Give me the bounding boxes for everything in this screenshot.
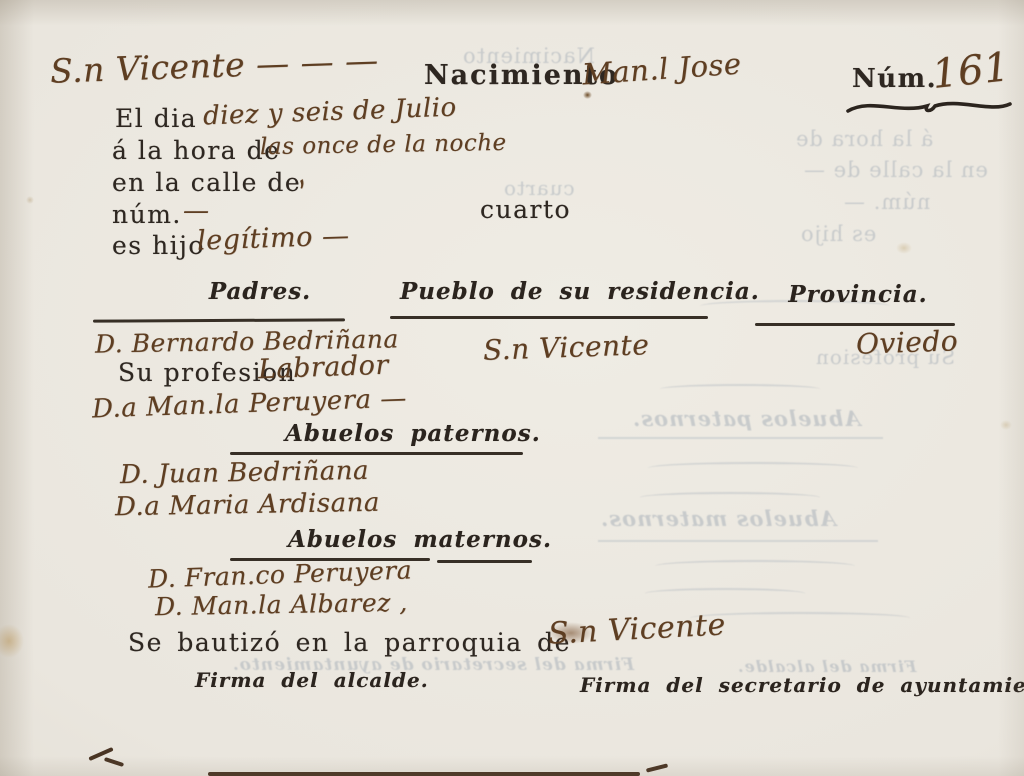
signature-alcalde-label: Firma del alcalde.	[195, 668, 429, 692]
hijo-value-handwritten: legítimo —	[197, 220, 350, 256]
mother-name-handwritten: D.a Man.la Peruyera —	[92, 384, 408, 425]
cutoff-stroke	[646, 763, 668, 772]
registry-number-value: 161	[930, 44, 1012, 98]
maternal-grandparents-header: Abuelos maternos.	[288, 526, 552, 553]
bleedthrough-scribble	[640, 492, 820, 503]
column-header-provincia: Provincia.	[783, 281, 933, 308]
pueblo-value-handwritten: S.n Vicente	[482, 328, 649, 367]
bleedthrough-abuelos-maternos: Abuelos maternos.	[600, 506, 836, 531]
paternal-grandmother-handwritten: D.a Maria Ardisana	[115, 488, 380, 523]
street-label: en la calle de	[112, 168, 301, 197]
paper-stain	[0, 624, 24, 658]
signature-secretario-label: Firma del secretario de ayuntamiento.	[580, 673, 1024, 697]
hour-label: á la hora de	[112, 136, 280, 165]
house-number-value: —	[183, 196, 210, 226]
baptism-label: Se bautizó en la parroquia de	[128, 628, 571, 657]
bleedthrough-scribble	[660, 384, 820, 394]
bleedthrough-scribble	[648, 462, 858, 474]
day-label: El dia	[115, 104, 197, 133]
profession-value-handwritten: Labrador	[257, 350, 389, 386]
rule-under-padres	[93, 318, 345, 322]
locality-handwritten: S.n Vicente — — —	[49, 40, 379, 90]
cuarto-label: cuarto	[480, 195, 571, 224]
hijo-label: es hijo	[112, 231, 205, 260]
rule-under-maternal-2	[437, 560, 532, 563]
column-header-pueblo: Pueblo de su residencia.	[400, 278, 714, 305]
bleedthrough-scribble	[645, 588, 805, 599]
bleedthrough-scribble	[655, 560, 855, 572]
provincia-value-handwritten: Oviedo	[855, 324, 958, 361]
bleedthrough-street: en la calle de —	[803, 158, 988, 182]
cutoff-stroke	[104, 757, 124, 767]
paternal-grandfather-handwritten: D. Juan Bedriñana	[120, 456, 369, 490]
hour-value-handwritten: las once de la noche	[260, 130, 507, 160]
column-header-padres: Padres.	[185, 278, 335, 305]
bleedthrough-hijo: es hijo	[800, 222, 876, 246]
baptism-parish-handwritten: S.n Vicente	[547, 607, 726, 651]
day-value-handwritten: diez y seis de Julio	[203, 93, 458, 132]
num-flourish	[845, 96, 1013, 118]
paternal-grandparents-header: Abuelos paternos.	[285, 420, 541, 447]
house-number-label: núm.	[112, 200, 182, 229]
birth-register-page: Nacimiento á la hora de en la calle de —…	[0, 0, 1024, 776]
maternal-grandmother-handwritten: D. Man.la Albarez ,	[155, 588, 408, 621]
bleedthrough-num: núm. —	[843, 190, 930, 214]
ink-speck	[583, 91, 592, 99]
paper-stain	[26, 196, 34, 204]
rule-under-paternal	[230, 452, 523, 455]
bleedthrough-abuelos-paternos: Abuelos paternos.	[632, 406, 861, 431]
bleedthrough-hour: á la hora de	[795, 127, 933, 151]
bleedthrough-rule	[598, 540, 878, 542]
child-name-handwritten: Man.l Jose	[581, 46, 742, 91]
cutoff-rule	[208, 772, 640, 776]
paper-stain	[896, 242, 912, 254]
registry-number-label: Núm.	[852, 64, 937, 94]
bleedthrough-rule	[598, 437, 883, 439]
rule-under-pueblo	[390, 316, 708, 319]
paper-stain	[1000, 420, 1012, 430]
